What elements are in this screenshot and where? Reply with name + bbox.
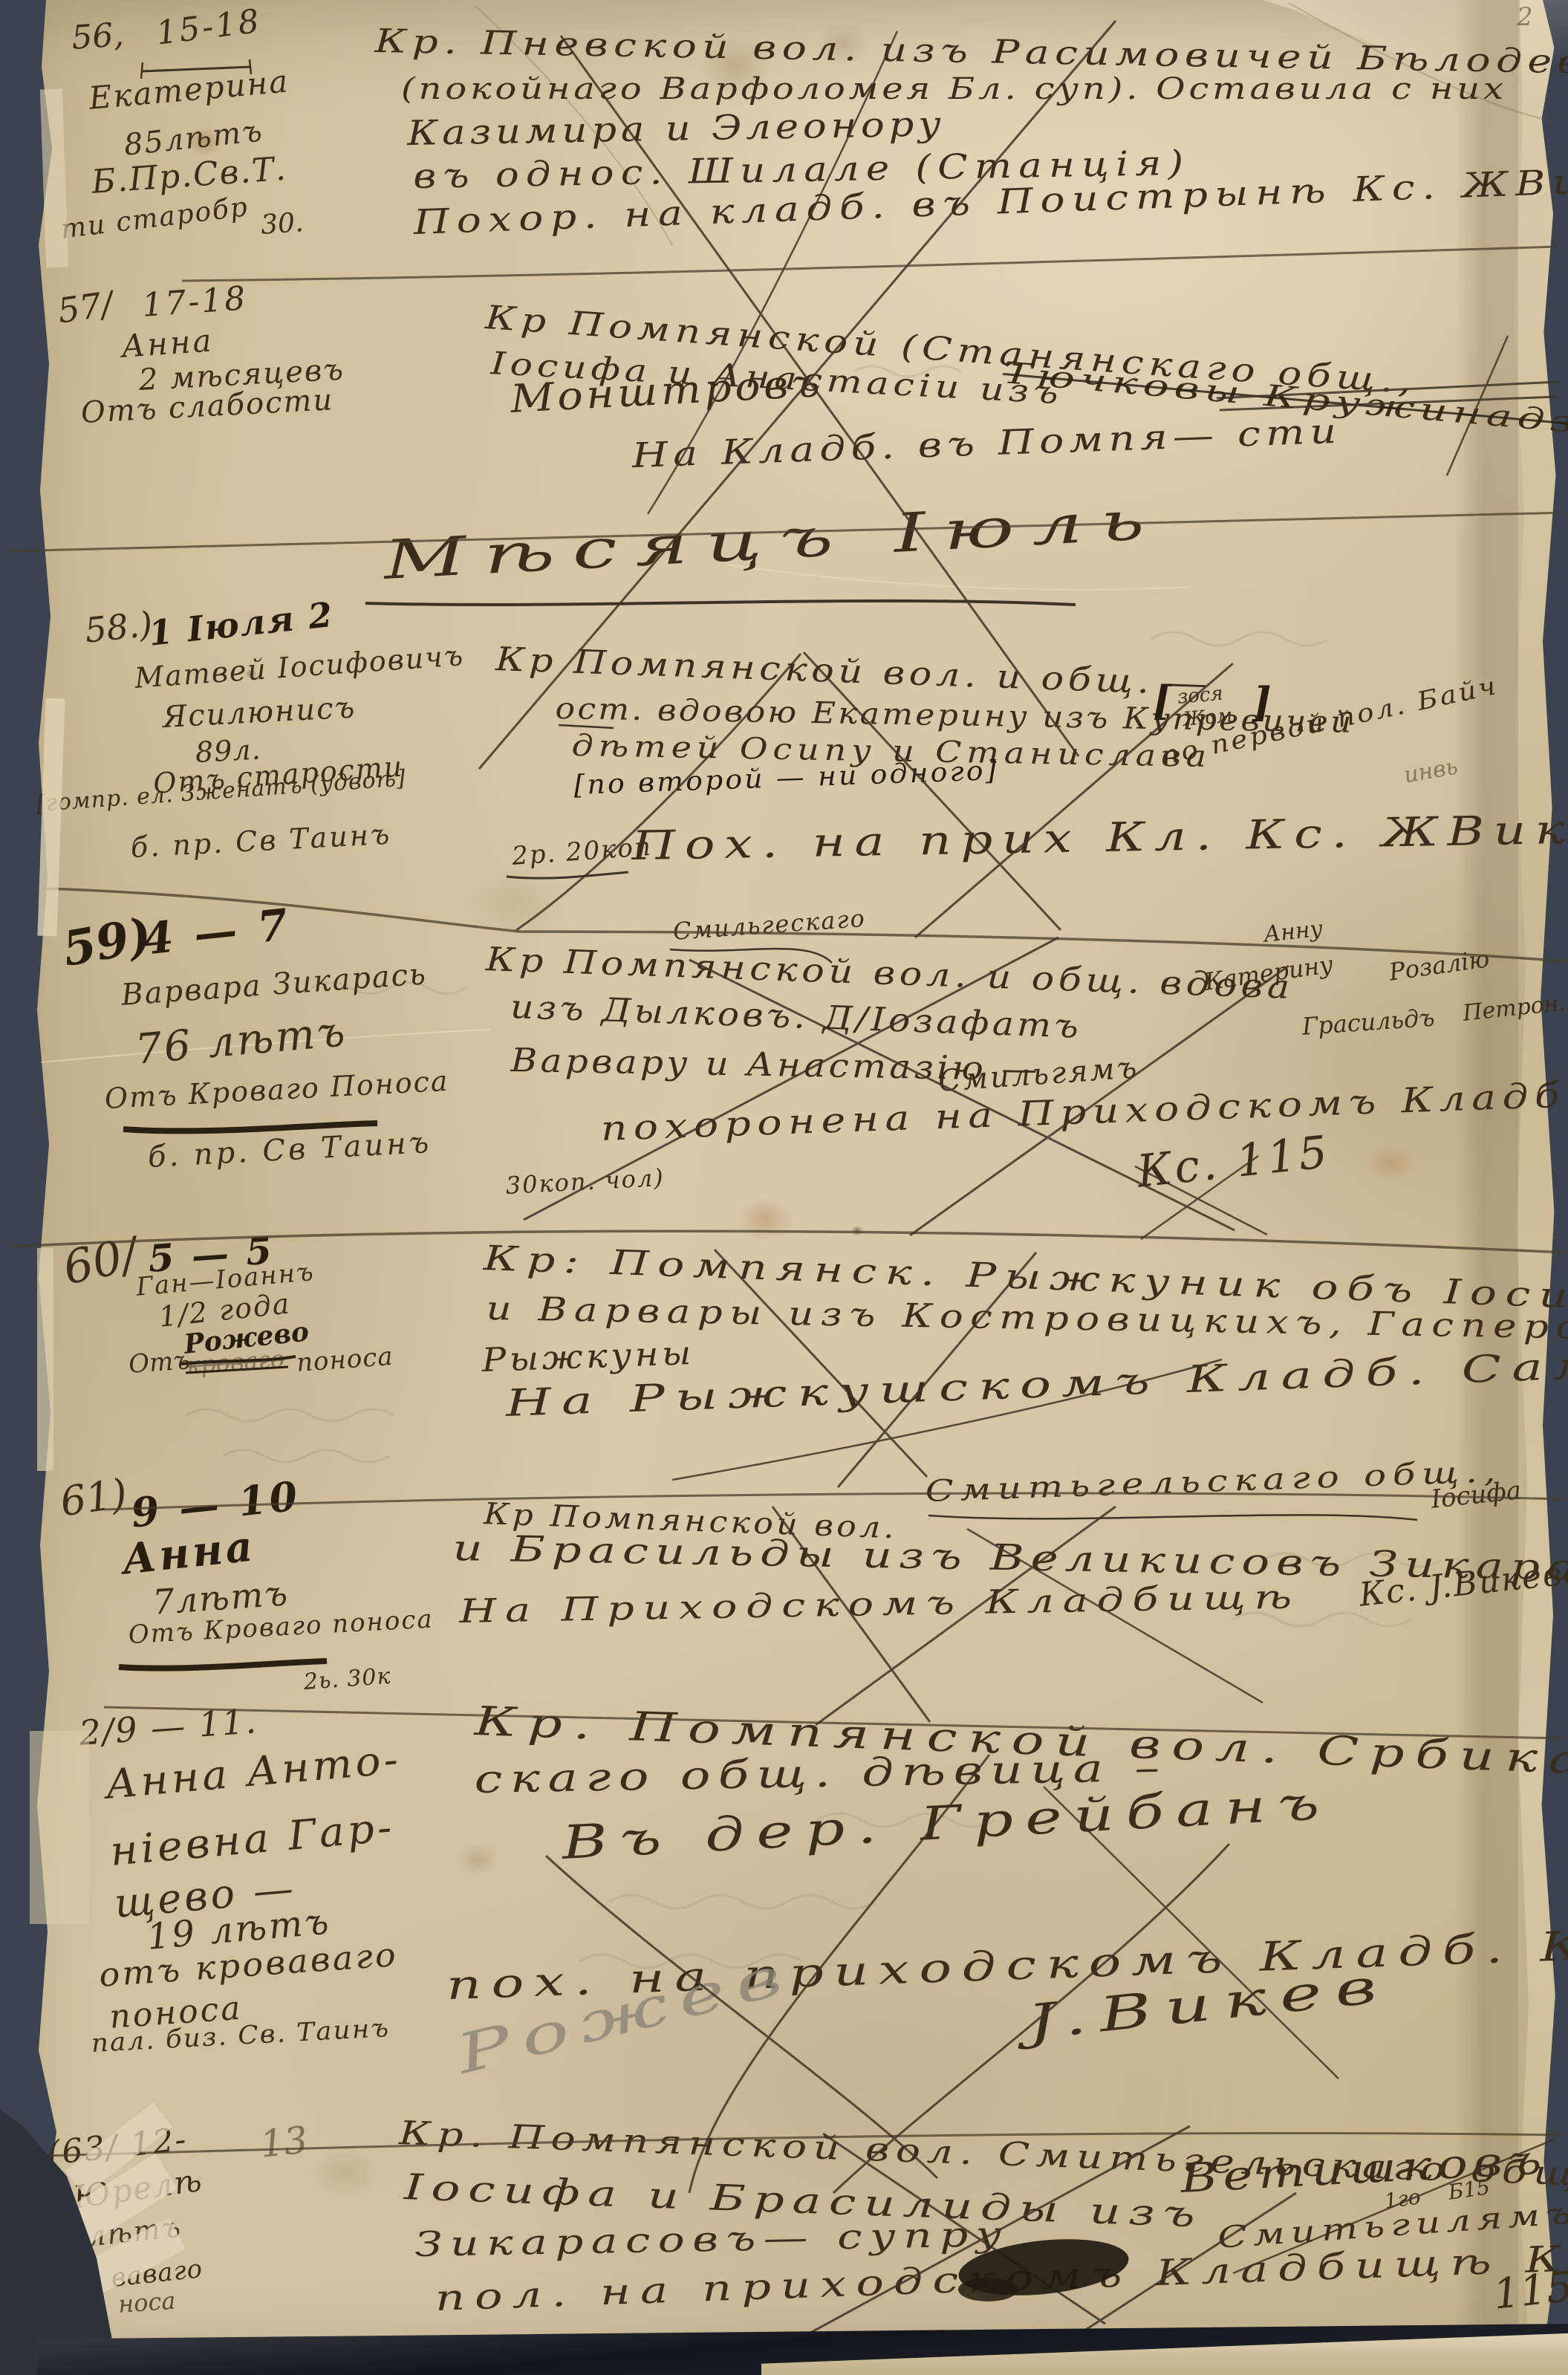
- scanned-register-page: 56, 15-18 Екатерина 85лѣтъ Б.Пр.Св.Т. ти…: [0, 0, 1568, 2375]
- corner-mark: 2: [1517, 4, 1533, 30]
- right-edge-shadow: [1454, 0, 1518, 2375]
- manuscript-paper: [0, 0, 1568, 2375]
